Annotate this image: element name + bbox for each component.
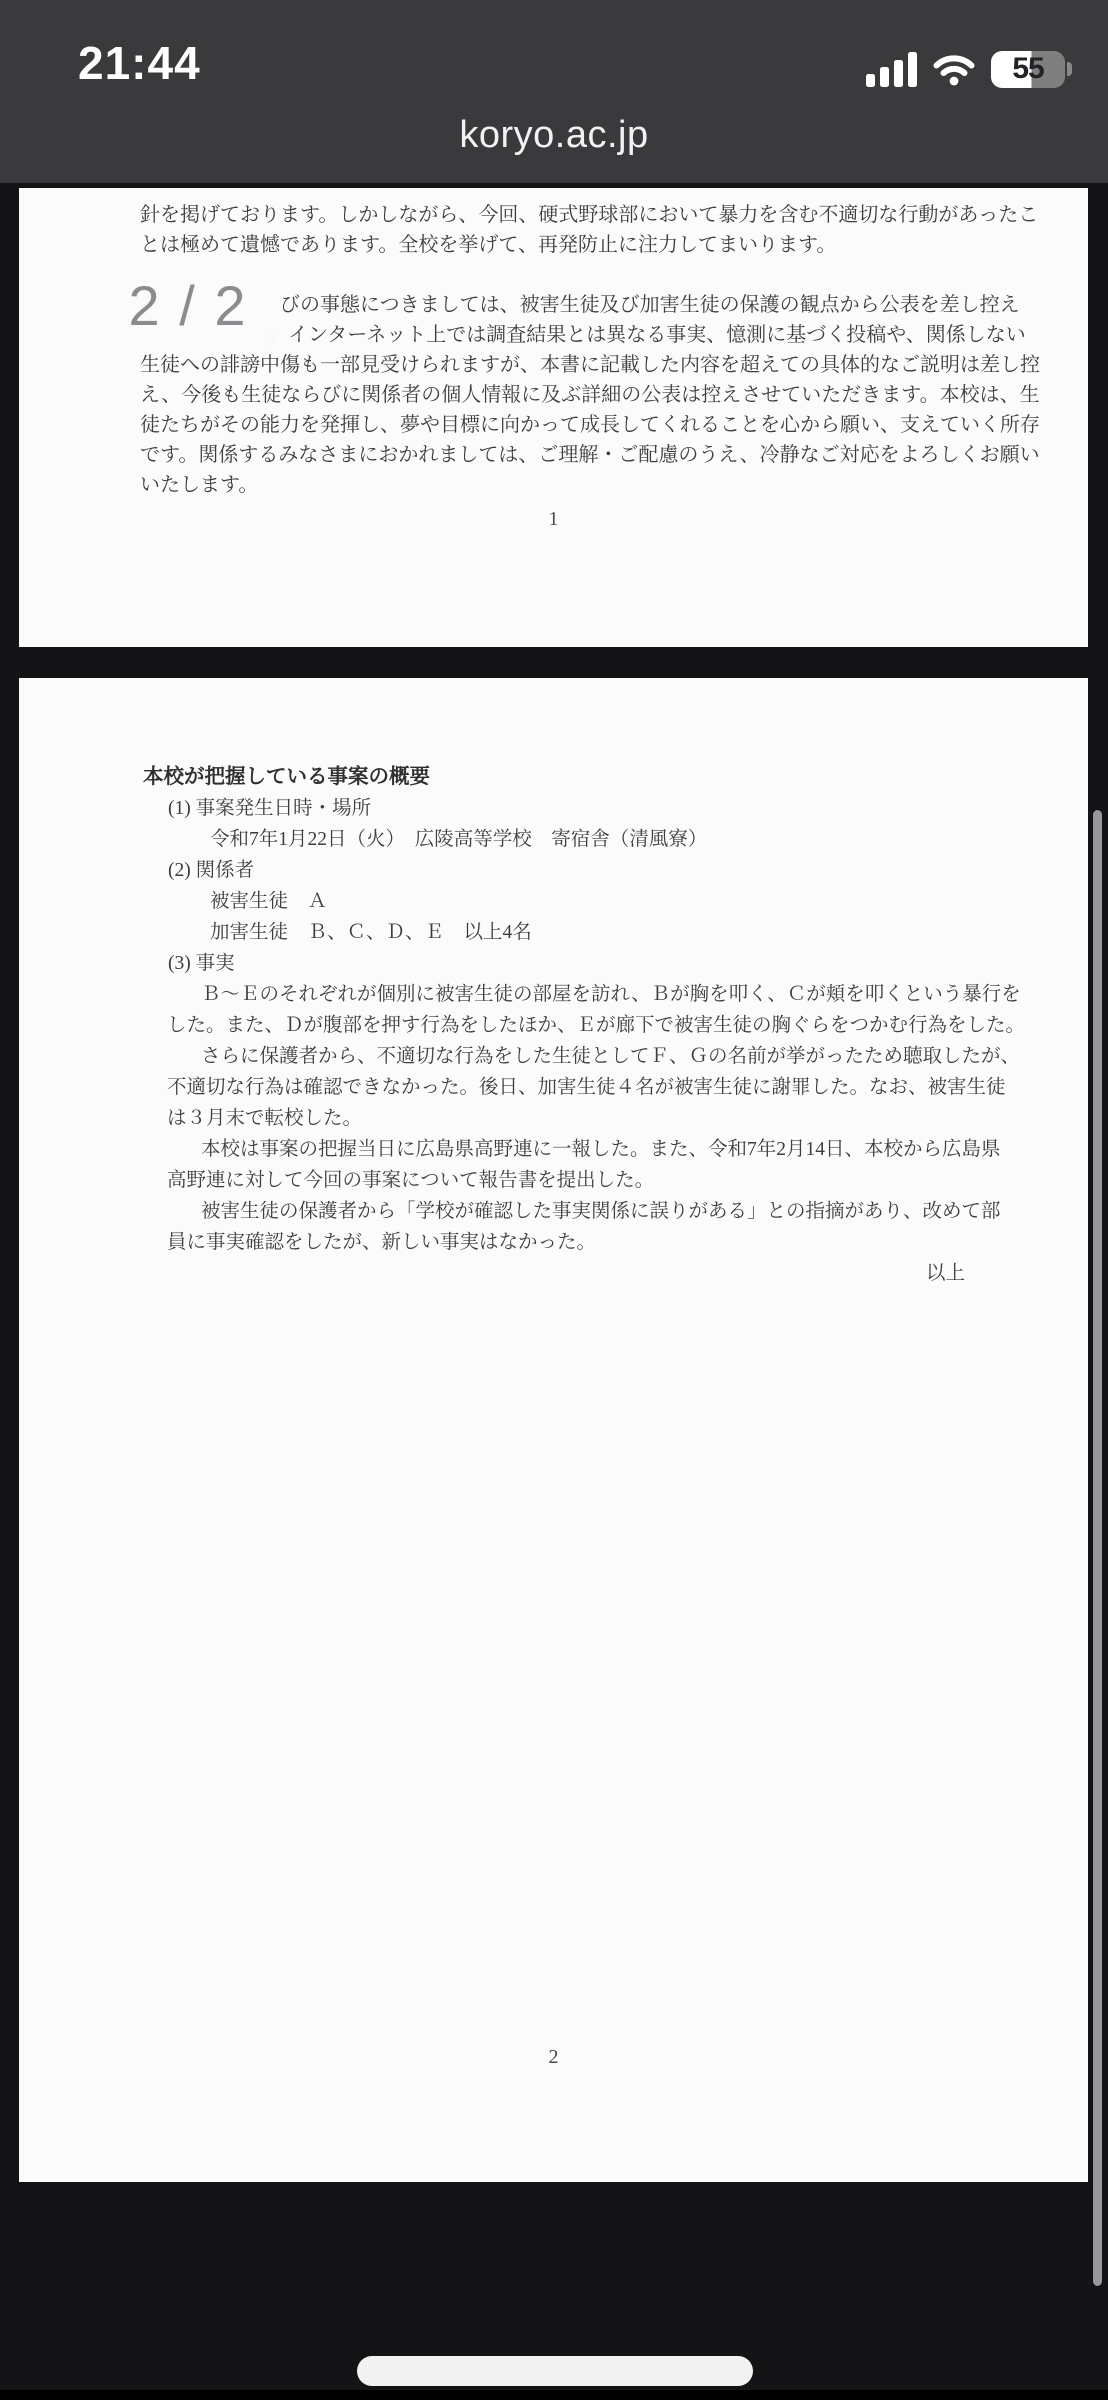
document-text-line: びの事態につきましては、被害生徒及び加害生徒の保護の観点から公表を差し控え <box>280 290 1065 320</box>
document-text-line: は３月末で転校した。 <box>167 1103 1001 1134</box>
status-time: 21:44 <box>78 36 201 90</box>
document-text-line: え、今後も生徒ならびに関係者の個人情報に及ぶ詳細の公表は控えさせていただきます。… <box>140 380 1065 410</box>
home-indicator[interactable] <box>357 2356 753 2386</box>
document-text-line: いたします。 <box>140 470 1065 500</box>
pdf-page-1[interactable]: 針を掲げております。しかしながら、今回、硬式野球部において暴力を含む不適切な行動… <box>19 188 1088 647</box>
document-text-line: Ｂ～Ｅのそれぞれが個別に被害生徒の部屋を訪れ、Ｂが胸を叩く、Ｃが頬を叩くという暴… <box>201 979 1001 1010</box>
pdf-page-2[interactable]: 本校が把握している事案の概要(1) 事案発生日時・場所令和7年1月22日（火） … <box>19 678 1088 2182</box>
battery-percent-label: 55 <box>1012 52 1043 86</box>
document-text-line <box>140 260 1065 290</box>
document-text-line: (2) 関係者 <box>168 855 1001 886</box>
document-text-line: 、インターネット上では調査結果とは異なる事実、憶測に基づく投稿や、関係しない <box>268 320 1065 350</box>
page1-text-block: 針を掲げております。しかしながら、今回、硬式野球部において暴力を含む不適切な行動… <box>140 200 1065 500</box>
document-text-line: 被害生徒の保護者から「学校が確認した事実関係に誤りがある」との指摘があり、改めて… <box>201 1196 1001 1227</box>
scrollbar-thumb[interactable] <box>1093 810 1102 2286</box>
document-text-line: さらに保護者から、不適切な行為をした生徒としてＦ、Ｇの名前が挙がったため聴取した… <box>201 1041 1001 1072</box>
status-icons: 55 <box>866 50 1072 88</box>
document-text-line: 令和7年1月22日（火） 広陵高等学校 寄宿舎（清風寮） <box>210 824 1001 855</box>
document-text-line: (3) 事実 <box>168 948 1001 979</box>
document-text-line: した。また、Ｄが腹部を押す行為をしたほか、Ｅが廊下で被害生徒の胸ぐらをつかむ行為… <box>167 1010 1001 1041</box>
document-text-line: 高野連に対して今回の事案について報告書を提出した。 <box>167 1165 1001 1196</box>
document-text-line: 不適切な行為は確認できなかった。後日、加害生徒４名が被害生徒に謝罪した。なお、被… <box>167 1072 1001 1103</box>
phone-screen: 21:44 55 koryo.ac.jp 針を掲げております。しかしなが <box>0 0 1108 2400</box>
document-text-line: 員に事実確認をしたが、新しい事実はなかった。 <box>167 1227 1001 1258</box>
document-text-line: 以上 <box>143 1258 1001 1289</box>
document-text-line: 加害生徒 Ｂ、Ｃ、Ｄ、Ｅ 以上4名 <box>210 917 1001 948</box>
page-indicator-label: 2 / 2 <box>129 273 248 338</box>
address-bar[interactable]: koryo.ac.jp <box>0 114 1108 157</box>
wifi-icon <box>932 53 976 86</box>
battery-fill: 55 <box>991 51 1065 88</box>
page1-number: 1 <box>19 508 1088 531</box>
document-text-line: 被害生徒 Ａ <box>210 886 1001 917</box>
document-text-line: 本校は事案の把握当日に広島県高野連に一報した。また、令和7年2月14日、本校から… <box>201 1134 1001 1165</box>
document-text-line: (1) 事案発生日時・場所 <box>168 793 1001 824</box>
document-text-line: 針を掲げております。しかしながら、今回、硬式野球部において暴力を含む不適切な行動… <box>140 200 1065 230</box>
document-text-line: です。関係するみなさまにおかれましては、ご理解・ご配慮のうえ、冷静なご対応をよろ… <box>140 440 1065 470</box>
battery-cap <box>1067 62 1072 76</box>
page2-number: 2 <box>19 2046 1088 2069</box>
page-indicator-badge: 2 / 2 <box>98 258 278 352</box>
document-text-line: 本校が把握している事案の概要 <box>143 762 1001 793</box>
battery-icon: 55 <box>991 51 1072 88</box>
screen-bottom-edge <box>0 2390 1108 2400</box>
cellular-signal-icon <box>866 52 917 87</box>
document-text-line: 徒たちがその能力を発揮し、夢や目標に向かって成長してくれることを心から願い、支え… <box>140 410 1065 440</box>
browser-top-bar: 21:44 55 koryo.ac.jp <box>0 0 1108 183</box>
document-text-line: とは極めて遺憾であります。全校を挙げて、再発防止に注力してまいります。 <box>140 230 1065 260</box>
document-text-line: 生徒への誹謗中傷も一部見受けられますが、本書に記載した内容を超えての具体的なご説… <box>140 350 1065 380</box>
page2-text-block: 本校が把握している事案の概要(1) 事案発生日時・場所令和7年1月22日（火） … <box>143 762 1001 1289</box>
